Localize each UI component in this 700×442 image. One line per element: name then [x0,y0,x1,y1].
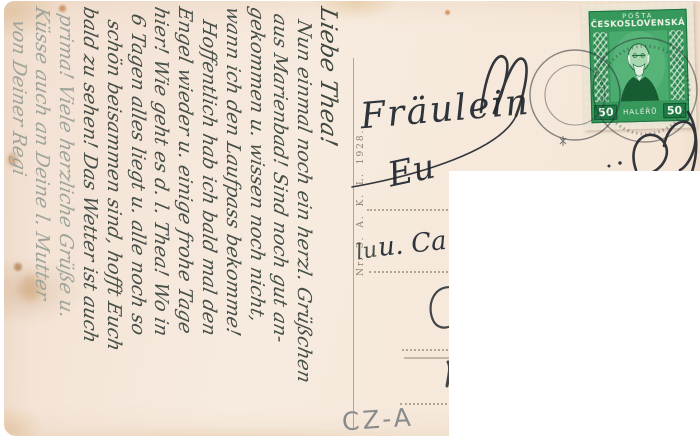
handwriting-line: bald zu sehen! Das Wetter ist auch [77,4,101,435]
stamp-frame: POŠTA ČESKOSLOVENSKÁ [589,9,690,124]
stamp-country-line2: ČESKOSLOVENSKÁ [590,19,686,30]
handwriting-line: 6 Tagen alles liegt u. alle noch so [125,4,149,435]
handwriting-line: wann ich den Laufpass bekomme! [220,4,244,435]
postage-stamp: POŠTA ČESKOSLOVENSKÁ [581,2,696,131]
address-line [402,349,452,351]
handwriting-line: schön beisammen sind, hofft Euch [101,4,125,435]
handwriting-line: prima! Viele herzliche Grüße u. [53,4,77,435]
address-small-fragment: lu [354,237,379,265]
message-lines: Liebe Thea!Nun einmal noch ein herzl. Gr… [5,7,339,433]
handwriting-line: Nun einmal noch ein herzl. Grüßchen [291,4,315,435]
handwriting-line: Hoffentlich hab ich bald mal den [196,4,220,435]
handwriting-line: hier! Wie geht es d. l. Thea! Wo in [149,4,173,435]
address-line [404,357,452,359]
catalog-mark: CZ-A [341,403,415,437]
foxing-spot [445,10,450,15]
laurel-left-icon [593,32,609,103]
address-line-fragment: u. Ca. [377,225,457,263]
blank-overlay [449,171,700,442]
handwriting-line: Küsse auch an Deine l. Mutter [30,4,54,435]
handwriting-line: Engel wieder u. einige frohe Tage [172,4,196,435]
stamp-value-left: 50 [594,105,618,121]
masaryk-portrait-icon [609,30,669,102]
stamp-currency: HALÉŘŮ [623,107,658,116]
stamp-value-right: 50 [663,103,687,119]
address-salutation: Fräulein [359,82,532,138]
handwriting-line: gekommen u. wissen noch nicht, [244,4,268,435]
address-line [367,209,452,211]
handwriting-line: Liebe Thea! [315,4,339,435]
handwriting-line: aus Marienbad! Sind noch gut an- [268,4,292,435]
address-line [369,271,452,273]
handwriting-line: von Deiner Regi [6,4,30,435]
address-name-fragment: Eu [384,147,438,196]
laurel-right-icon [669,30,685,101]
